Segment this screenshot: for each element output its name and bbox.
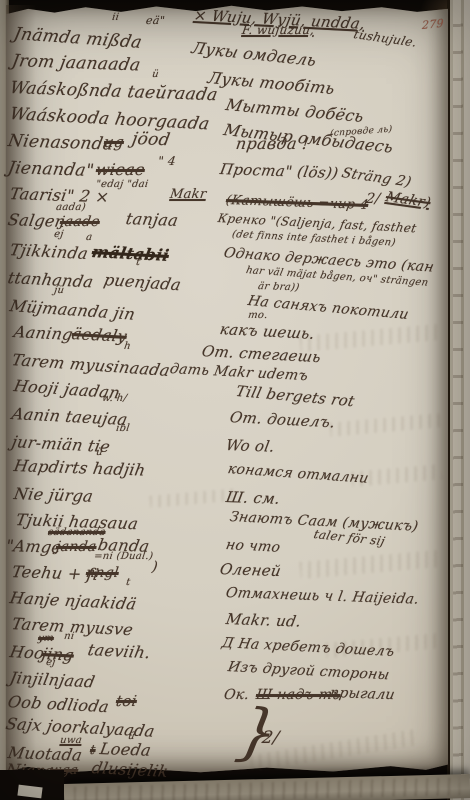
book-corner — [0, 770, 64, 800]
photograph: 279 Jnämda mißdaiieä"× Wuju, Wyjü, undda… — [0, 0, 470, 800]
lower-page-edge — [64, 774, 470, 800]
page-stack-edge — [447, 0, 470, 800]
manuscript-page — [6, 5, 448, 773]
